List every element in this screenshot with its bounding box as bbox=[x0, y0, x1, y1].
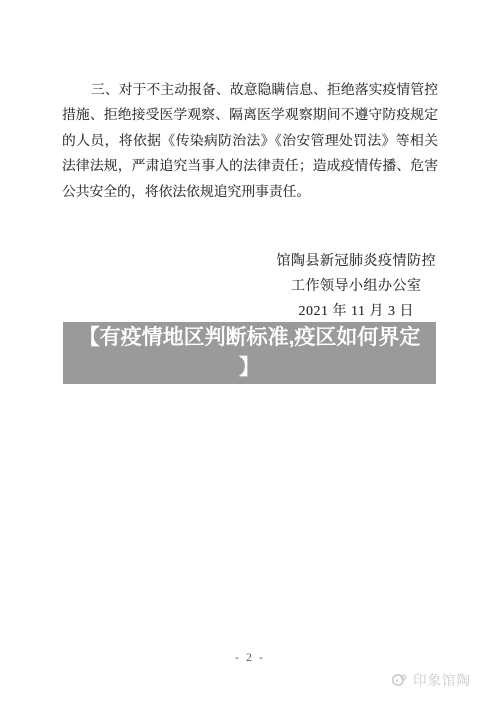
paragraph-line: 公共安全的，将依法依规追究刑事责任。 bbox=[62, 179, 438, 204]
body-paragraph: 三、对于不主动报备、故意隐瞒信息、拒绝落实疫情管控 措施、拒绝接受医学观察、隔离… bbox=[62, 77, 438, 204]
headline-overlay-banner: 【有疫情地区判断标准,疫区如何界定 】 bbox=[63, 322, 436, 384]
paragraph-line: 措施、拒绝接受医学观察、隔离医学观察期间不遵守防疫规定 bbox=[62, 102, 438, 127]
signature-org-line-2: 工作领导小组办公室 bbox=[277, 274, 437, 299]
paragraph-line: 三、对于不主动报备、故意隐瞒信息、拒绝落实疫情管控 bbox=[62, 77, 438, 102]
signature-block: 馆陶县新冠肺炎疫情防控 工作领导小组办公室 2021 年 11 月 3 日 bbox=[277, 249, 437, 324]
circle-logo-icon bbox=[391, 672, 408, 687]
watermark: 印象馆陶 bbox=[391, 669, 471, 689]
signature-date: 2021 年 11 月 3 日 bbox=[277, 299, 437, 324]
headline-text-line-1: 【有疫情地区判断标准,疫区如何界定 bbox=[63, 323, 436, 353]
headline-text-line-2: 】 bbox=[63, 353, 436, 383]
paragraph-line: 法律法规，严肃追究当事人的法律责任；造成疫情传播、危害 bbox=[62, 153, 438, 178]
watermark-text: 印象馆陶 bbox=[413, 669, 471, 689]
paragraph-line: 的人员，将依据《传染病防治法》《治安管理处罚法》等相关 bbox=[62, 128, 438, 153]
signature-org-line-1: 馆陶县新冠肺炎疫情防控 bbox=[277, 249, 437, 274]
page-number: - 2 - bbox=[0, 650, 500, 665]
scanned-document-page: 三、对于不主动报备、故意隐瞒信息、拒绝落实疫情管控 措施、拒绝接受医学观察、隔离… bbox=[0, 0, 500, 707]
